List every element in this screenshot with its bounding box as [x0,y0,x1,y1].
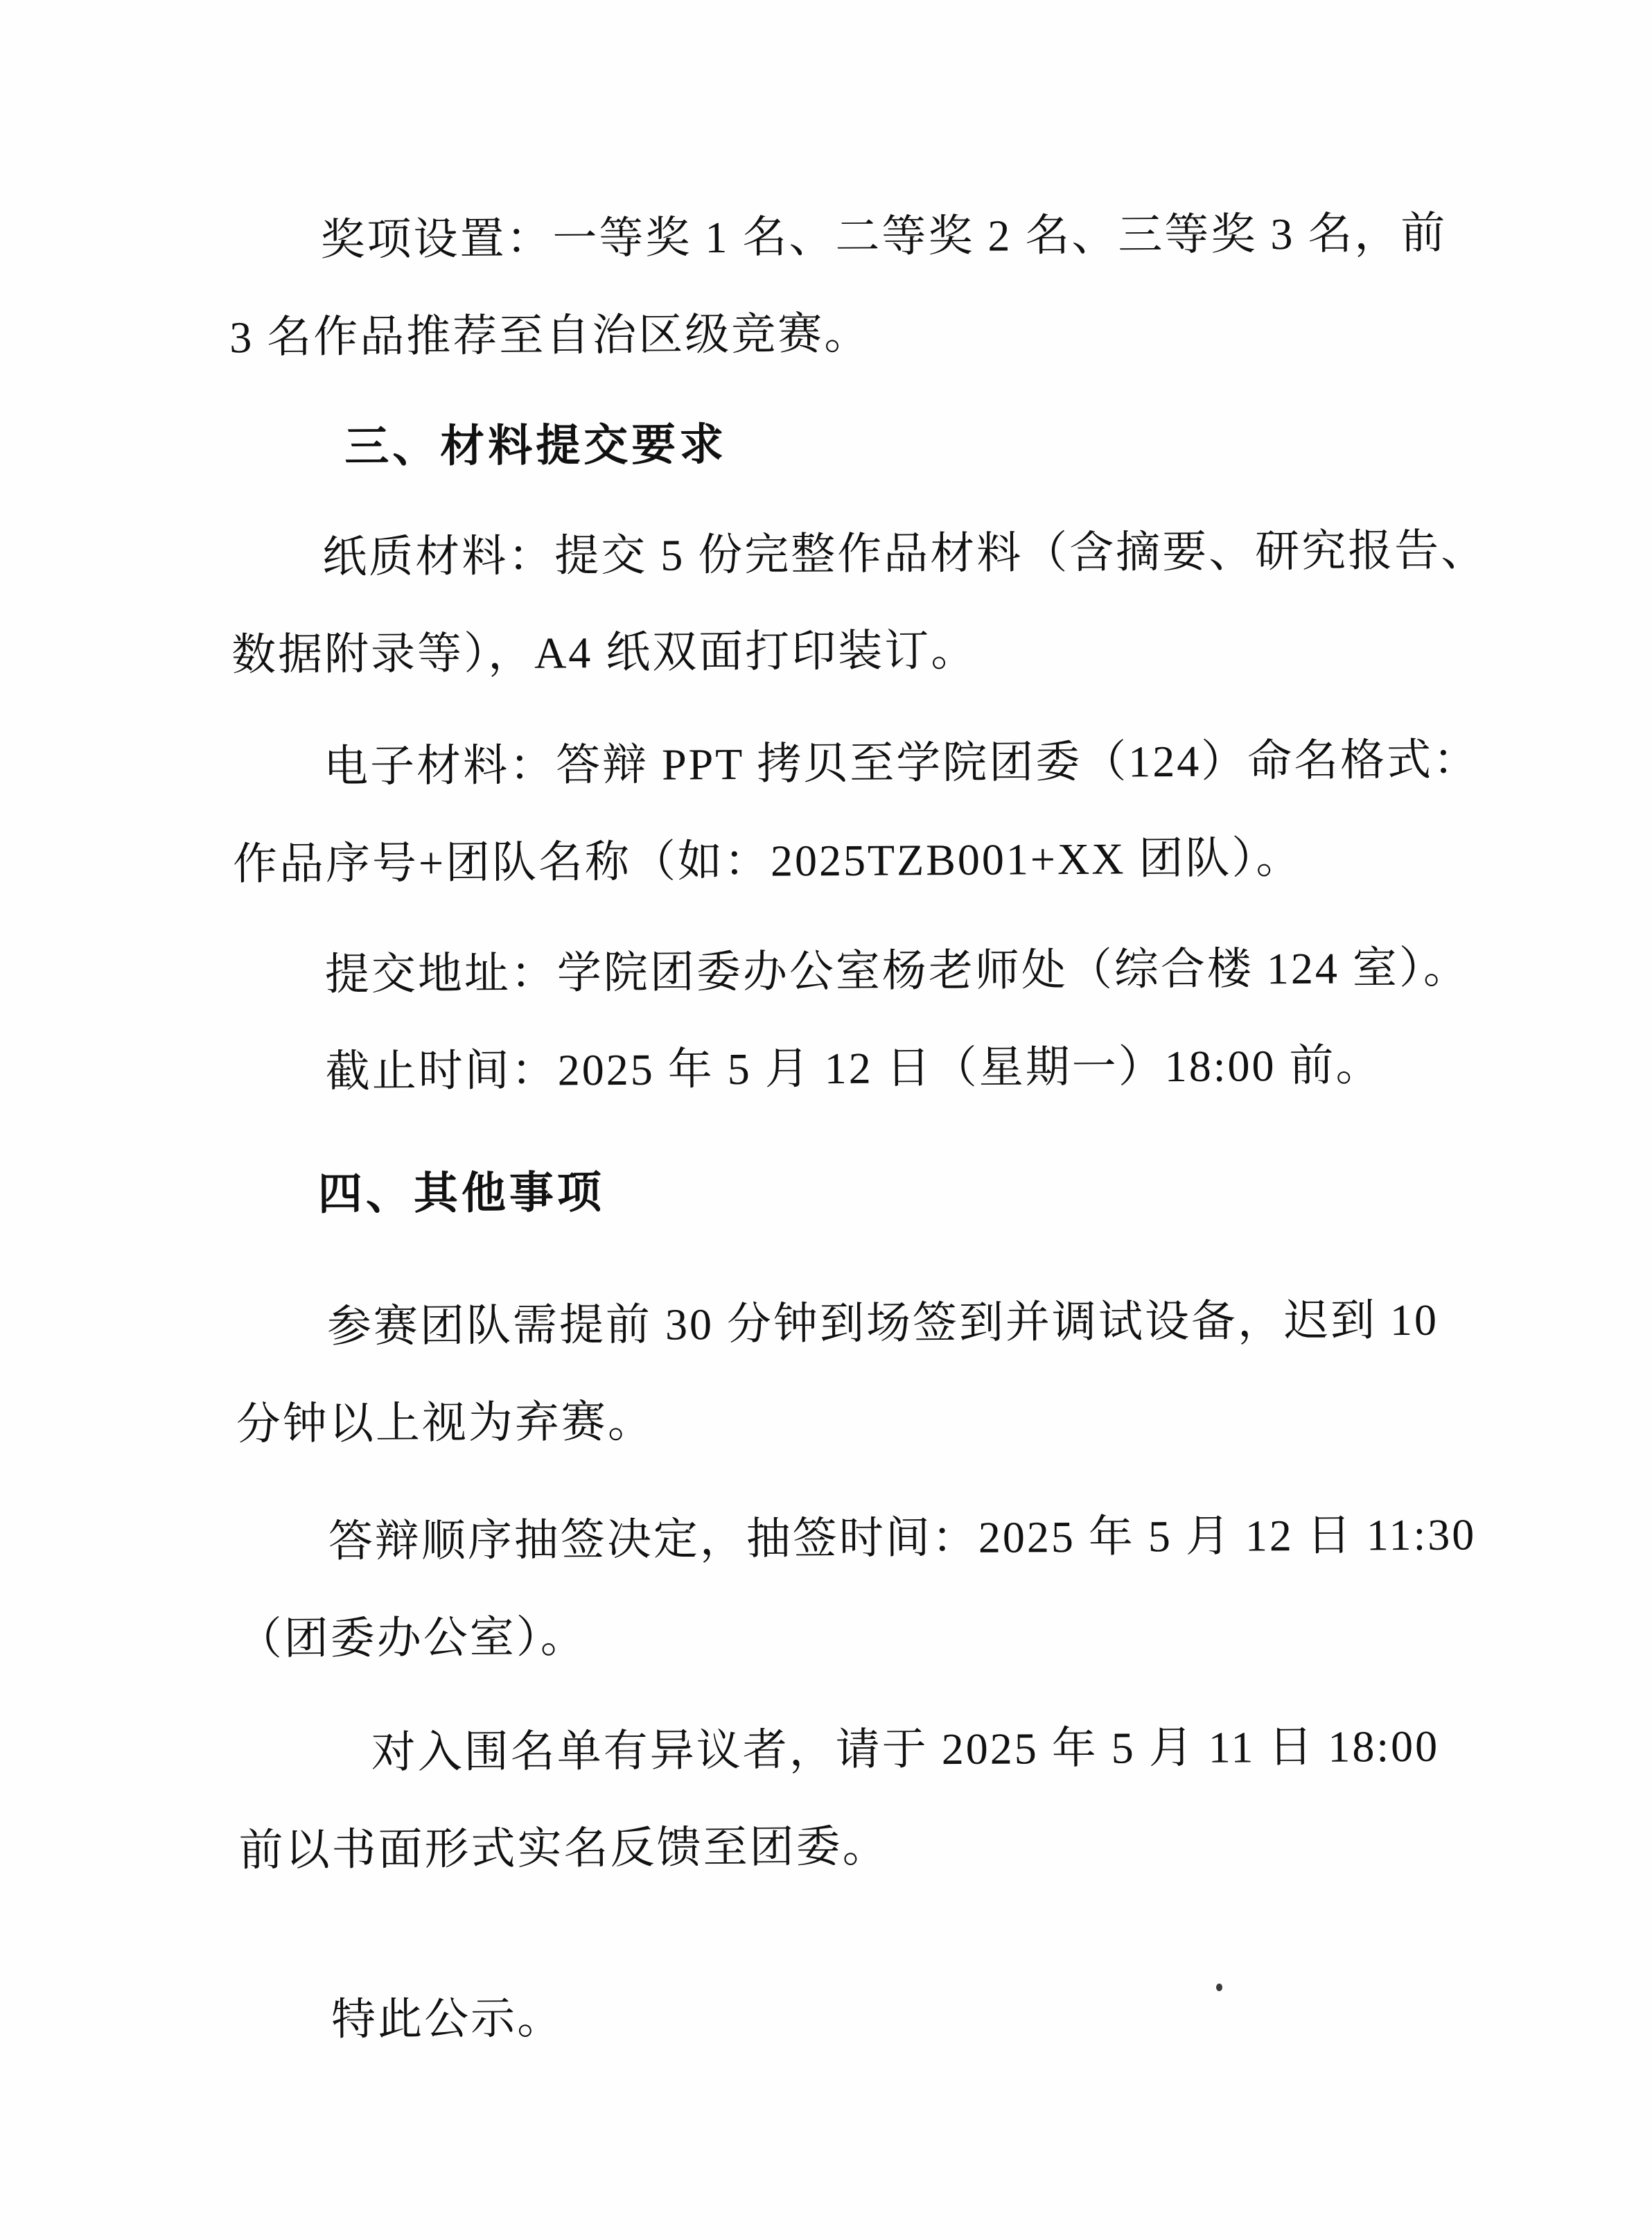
objection-line-2: 前以书面形式实名反馈至团委。 [238,1795,1459,1900]
heading-other-matters: 四、其他事项 [234,1139,1455,1243]
deadline-line: 截止时间：2025 年 5 月 12 日（星期一）18:00 前。 [234,1017,1454,1121]
document-content: 奖项设置：一等奖 1 名、二等奖 2 名、三等奖 3 名，前 3 名作品推荐至自… [229,185,1460,2070]
scan-artifact-dot [1216,1984,1222,1991]
objection-line-1: 对入围名单有异议者，请于 2025 年 5 月 11 日 18:00 [238,1698,1458,1803]
electronic-materials-line-2: 作品序号+团队名称（如：2025TZB001+XX 团队）。 [233,809,1453,913]
heading-material-submission: 三、材料提交要求 [230,392,1450,496]
closing-statement-line: 特此公示。 [240,1965,1460,2070]
lottery-time-line-1: 答辩顺序抽签决定，抽签时间：2025 年 5 月 12 日 11:30 [236,1487,1457,1591]
award-settings-line-1: 奖项设置：一等奖 1 名、二等奖 2 名、三等奖 3 名，前 [229,185,1449,290]
lottery-time-line-2: （团委办公室）。 [237,1584,1457,1688]
checkin-rule-line-2: 分钟以上视为弃赛。 [236,1369,1456,1473]
award-settings-line-2: 3 名作品推荐至自治区级竞赛。 [229,282,1450,387]
paper-materials-line-1: 纸质材料：提交 5 份完整作品材料（含摘要、研究报告、 [231,502,1451,607]
checkin-rule-line-1: 参赛团队需提前 30 分钟到场签到并调试设备，迟到 10 [236,1272,1456,1376]
submission-address-line: 提交地址：学院团委办公室杨老师处（综合楼 124 室）。 [233,920,1453,1024]
document-page: 奖项设置：一等奖 1 名、二等奖 2 名、三等奖 3 名，前 3 名作品推荐至自… [0,0,1652,2240]
electronic-materials-line-1: 电子材料：答辩 PPT 拷贝至学院团委（124）命名格式： [232,712,1452,816]
paper-materials-line-2: 数据附录等），A4 纸双面打印装订。 [231,600,1452,704]
